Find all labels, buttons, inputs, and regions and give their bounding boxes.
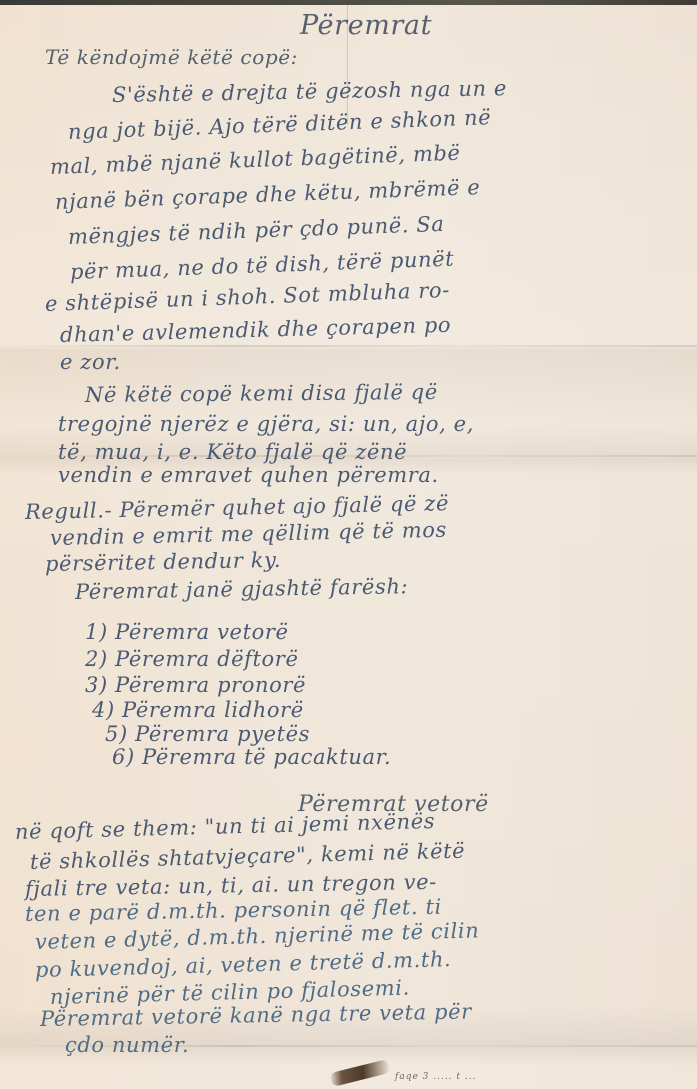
list-item: 4) Përemra lidhorë bbox=[92, 698, 304, 722]
rule-line: përsëritet dendur ky. bbox=[45, 548, 281, 576]
text-line: tregojnë njerëz e gjëra, si: un, ajo, e, bbox=[58, 412, 474, 436]
intro-heading: Të këndojmë këtë copë: bbox=[45, 45, 298, 69]
list-label: Përemra vetorë bbox=[115, 620, 288, 644]
list-number: 3) bbox=[85, 673, 108, 697]
list-label: Përemra pyetës bbox=[135, 722, 310, 746]
page-title: Përemrat bbox=[300, 10, 432, 41]
text-line: çdo numër. bbox=[65, 1033, 189, 1057]
text-line: Në këtë copë kemi disa fjalë që bbox=[85, 380, 438, 407]
list-item: 5) Përemra pyetës bbox=[105, 722, 310, 746]
list-item: 2) Përemra dëftorë bbox=[85, 647, 298, 671]
list-label: Përemra lidhorë bbox=[122, 698, 304, 722]
list-number: 2) bbox=[85, 647, 108, 671]
list-number: 1) bbox=[85, 620, 108, 644]
list-label: Përemra të pacaktuar. bbox=[142, 745, 391, 769]
text-line: të, mua, i, e. Këto fjalë që zënë bbox=[58, 440, 407, 464]
list-label: Përemra pronorë bbox=[115, 673, 306, 697]
text-line: vendin e emravet quhen përemra. bbox=[58, 463, 439, 487]
list-number: 6) bbox=[112, 745, 135, 769]
list-label: Përemra dëftorë bbox=[115, 647, 298, 671]
list-number: 4) bbox=[92, 698, 115, 722]
list-item: 1) Përemra vetorë bbox=[85, 620, 289, 644]
list-number: 5) bbox=[105, 722, 128, 746]
text-line: e zor. bbox=[60, 350, 121, 374]
list-item: 3) Përemra pronorë bbox=[85, 673, 306, 697]
list-item: 6) Përemra të pacaktuar. bbox=[112, 745, 391, 769]
bottom-note: faqe 3 ..... t ... bbox=[395, 1072, 476, 1082]
